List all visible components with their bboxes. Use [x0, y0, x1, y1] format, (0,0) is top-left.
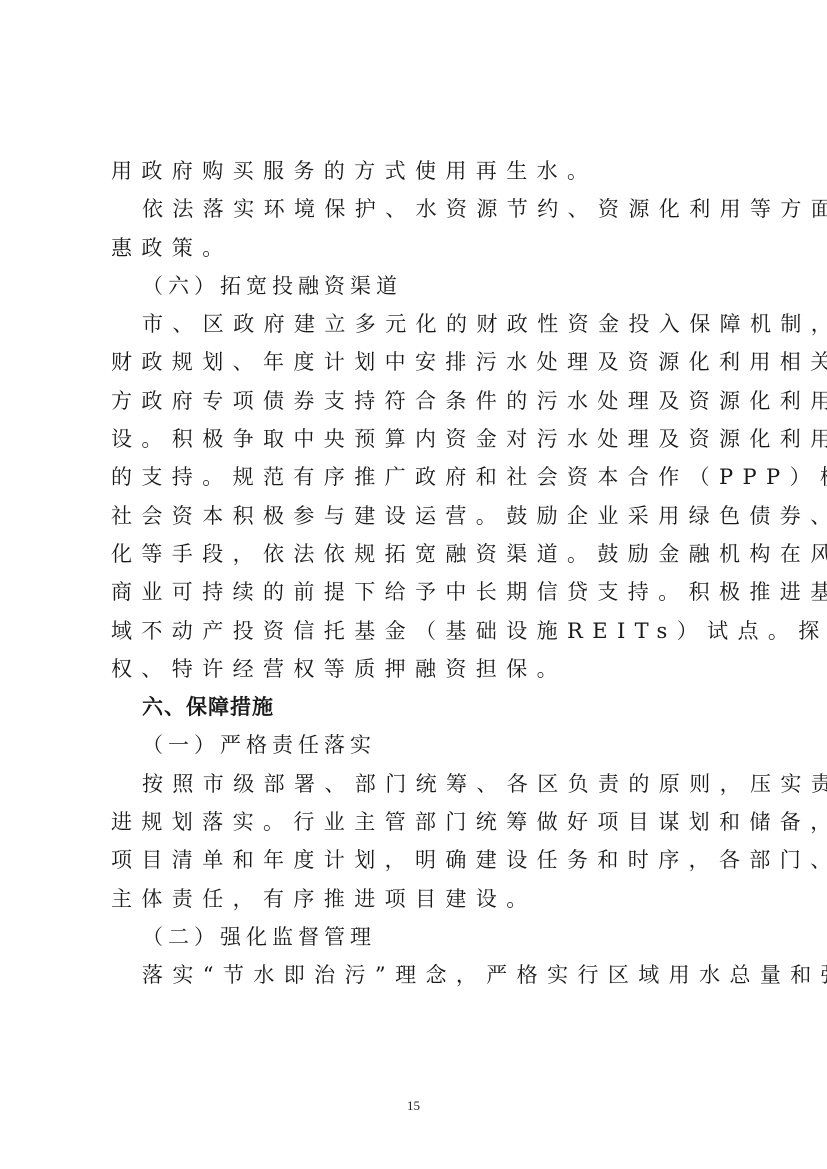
paragraph-line: 落实“节水即治污”理念，严格实行区域用水总量和强度双: [111, 956, 727, 994]
section-subheading: （一）严格责任落实: [111, 726, 727, 764]
paragraph-line: 域不动产投资信托基金（基础设施REITs）试点。探索项目收益: [111, 612, 727, 650]
paragraph-line: 主体责任，有序推进项目建设。: [111, 880, 727, 918]
paragraph-line: 依法落实环境保护、水资源节约、资源化利用等方面税收优: [111, 190, 727, 228]
paragraph-line: 按照市级部署、部门统筹、各区负责的原则，压实责任，推: [111, 765, 727, 803]
paragraph-line: 惠政策。: [111, 229, 727, 267]
paragraph-line: 设。积极争取中央预算内资金对污水处理及资源化利用设施建设: [111, 420, 727, 458]
section-heading: 六、保障措施: [111, 688, 727, 726]
paragraph-line: 商业可持续的前提下给予中长期信贷支持。积极推进基础设施领: [111, 573, 727, 611]
page-number: 15: [0, 1098, 827, 1114]
section-subheading: （六）拓宽投融资渠道: [111, 267, 727, 305]
paragraph-line: 权、特许经营权等质押融资担保。: [111, 650, 727, 688]
paragraph-line: 用政府购买服务的方式使用再生水。: [111, 152, 727, 190]
paragraph-line: 化等手段，依法依规拓宽融资渠道。鼓励金融机构在风险可控、: [111, 535, 727, 573]
paragraph-line: 进规划落实。行业主管部门统筹做好项目谋划和储备，制定滚动: [111, 803, 727, 841]
paragraph-line: 项目清单和年度计划，明确建设任务和时序，各部门、各区担负: [111, 841, 727, 879]
paragraph-line: 财政规划、年度计划中安排污水处理及资源化利用相关资金。地: [111, 343, 727, 381]
paragraph-line: 社会资本积极参与建设运营。鼓励企业采用绿色债券、资产证券: [111, 497, 727, 535]
section-subheading: （二）强化监督管理: [111, 918, 727, 956]
paragraph-line: 市、区政府建立多元化的财政性资金投入保障机制，在中期: [111, 305, 727, 343]
paragraph-line: 的支持。规范有序推广政府和社会资本合作（PPP）模式，引导: [111, 458, 727, 496]
document-page: 用政府购买服务的方式使用再生水。 依法落实环境保护、水资源节约、资源化利用等方面…: [111, 152, 727, 995]
paragraph-line: 方政府专项债券支持符合条件的污水处理及资源化利用设施建: [111, 382, 727, 420]
